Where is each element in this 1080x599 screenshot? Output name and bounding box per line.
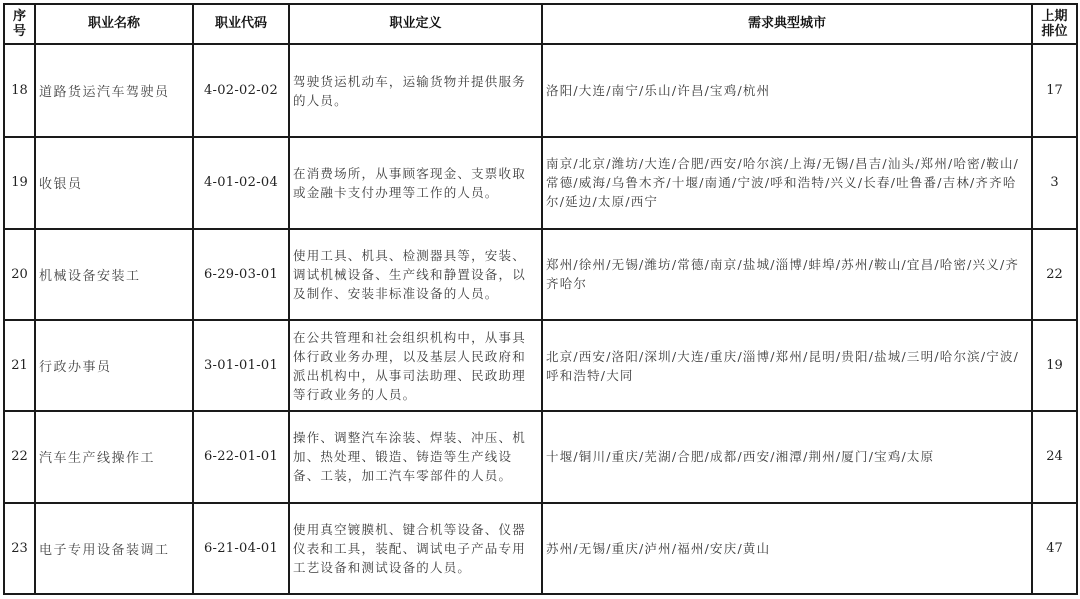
header-previous-rank: 上期排位 <box>1032 4 1077 44</box>
cell-typical-cities: 郑州/徐州/无锡/潍坊/常德/南京/盐城/淄博/蚌埠/苏州/鞍山/宜昌/哈密/兴… <box>542 229 1032 320</box>
cell-typical-cities: 北京/西安/洛阳/深圳/大连/重庆/淄博/郑州/昆明/贵阳/盐城/三明/哈尔滨/… <box>542 320 1032 411</box>
cell-occupation-definition: 在公共管理和社会组织机构中，从事具体行政业务办理，以及基层人民政府和派出机构中，… <box>289 320 542 411</box>
cell-serial-number: 19 <box>4 137 35 228</box>
occupation-demand-sheet: 序号 职业名称 职业代码 职业定义 需求典型城市 上期排位 18 道路货运汽车驾… <box>3 3 1076 595</box>
cell-typical-cities: 洛阳/大连/南宁/乐山/许昌/宝鸡/杭州 <box>542 44 1032 137</box>
header-occupation-name: 职业名称 <box>35 4 193 44</box>
cell-previous-rank: 47 <box>1032 503 1077 594</box>
cell-occupation-definition: 使用真空镀膜机、键合机等设备、仪器仪表和工具，装配、调试电子产品专用工艺设备和测… <box>289 503 542 594</box>
cell-occupation-name: 收银员 <box>35 137 193 228</box>
header-previous-rank-label: 上期排位 <box>1041 9 1069 39</box>
cell-occupation-code: 6-22-01-01 <box>193 411 289 502</box>
cell-occupation-definition: 在消费场所，从事顾客现金、支票收取或金融卡支付办理等工作的人员。 <box>289 137 542 228</box>
cell-typical-cities: 十堰/铜川/重庆/芜湖/合肥/成都/西安/湘潭/荆州/厦门/宝鸡/太原 <box>542 411 1032 502</box>
cell-occupation-code: 4-01-02-04 <box>193 137 289 228</box>
cell-serial-number: 21 <box>4 320 35 411</box>
header-serial-number: 序号 <box>4 4 35 44</box>
cell-typical-cities: 苏州/无锡/重庆/泸州/福州/安庆/黄山 <box>542 503 1032 594</box>
table-row: 20 机械设备安装工 6-29-03-01 使用工具、机具、检测器具等，安装、调… <box>4 229 1077 320</box>
cell-occupation-name: 行政办事员 <box>35 320 193 411</box>
cell-previous-rank: 24 <box>1032 411 1077 502</box>
cell-occupation-name: 汽车生产线操作工 <box>35 411 193 502</box>
header-row: 序号 职业名称 职业代码 职业定义 需求典型城市 上期排位 <box>4 4 1077 44</box>
header-serial-number-label: 序号 <box>13 9 27 39</box>
cell-occupation-name: 道路货运汽车驾驶员 <box>35 44 193 137</box>
cell-previous-rank: 19 <box>1032 320 1077 411</box>
cell-previous-rank: 17 <box>1032 44 1077 137</box>
occupation-demand-table: 序号 职业名称 职业代码 职业定义 需求典型城市 上期排位 18 道路货运汽车驾… <box>3 3 1078 595</box>
cell-previous-rank: 22 <box>1032 229 1077 320</box>
table-row: 21 行政办事员 3-01-01-01 在公共管理和社会组织机构中，从事具体行政… <box>4 320 1077 411</box>
table-row: 22 汽车生产线操作工 6-22-01-01 操作、调整汽车涂装、焊装、冲压、机… <box>4 411 1077 502</box>
cell-serial-number: 20 <box>4 229 35 320</box>
cell-serial-number: 18 <box>4 44 35 137</box>
cell-occupation-code: 3-01-01-01 <box>193 320 289 411</box>
cell-serial-number: 23 <box>4 503 35 594</box>
cell-occupation-name: 电子专用设备装调工 <box>35 503 193 594</box>
cell-occupation-code: 6-21-04-01 <box>193 503 289 594</box>
header-typical-cities: 需求典型城市 <box>542 4 1032 44</box>
cell-occupation-definition: 驾驶货运机动车，运输货物并提供服务的人员。 <box>289 44 542 137</box>
table-row: 23 电子专用设备装调工 6-21-04-01 使用真空镀膜机、键合机等设备、仪… <box>4 503 1077 594</box>
cell-serial-number: 22 <box>4 411 35 502</box>
cell-occupation-definition: 操作、调整汽车涂装、焊装、冲压、机加、热处理、锻造、铸造等生产线设备、工装，加工… <box>289 411 542 502</box>
cell-typical-cities: 南京/北京/潍坊/大连/合肥/西安/哈尔滨/上海/无锡/昌吉/汕头/郑州/哈密/… <box>542 137 1032 228</box>
cell-occupation-code: 4-02-02-02 <box>193 44 289 137</box>
cell-previous-rank: 3 <box>1032 137 1077 228</box>
cell-occupation-name: 机械设备安装工 <box>35 229 193 320</box>
cell-occupation-code: 6-29-03-01 <box>193 229 289 320</box>
table-row: 19 收银员 4-01-02-04 在消费场所，从事顾客现金、支票收取或金融卡支… <box>4 137 1077 228</box>
cell-occupation-definition: 使用工具、机具、检测器具等，安装、调试机械设备、生产线和静置设备，以及制作、安装… <box>289 229 542 320</box>
header-occupation-definition: 职业定义 <box>289 4 542 44</box>
header-occupation-code: 职业代码 <box>193 4 289 44</box>
table-row: 18 道路货运汽车驾驶员 4-02-02-02 驾驶货运机动车，运输货物并提供服… <box>4 44 1077 137</box>
